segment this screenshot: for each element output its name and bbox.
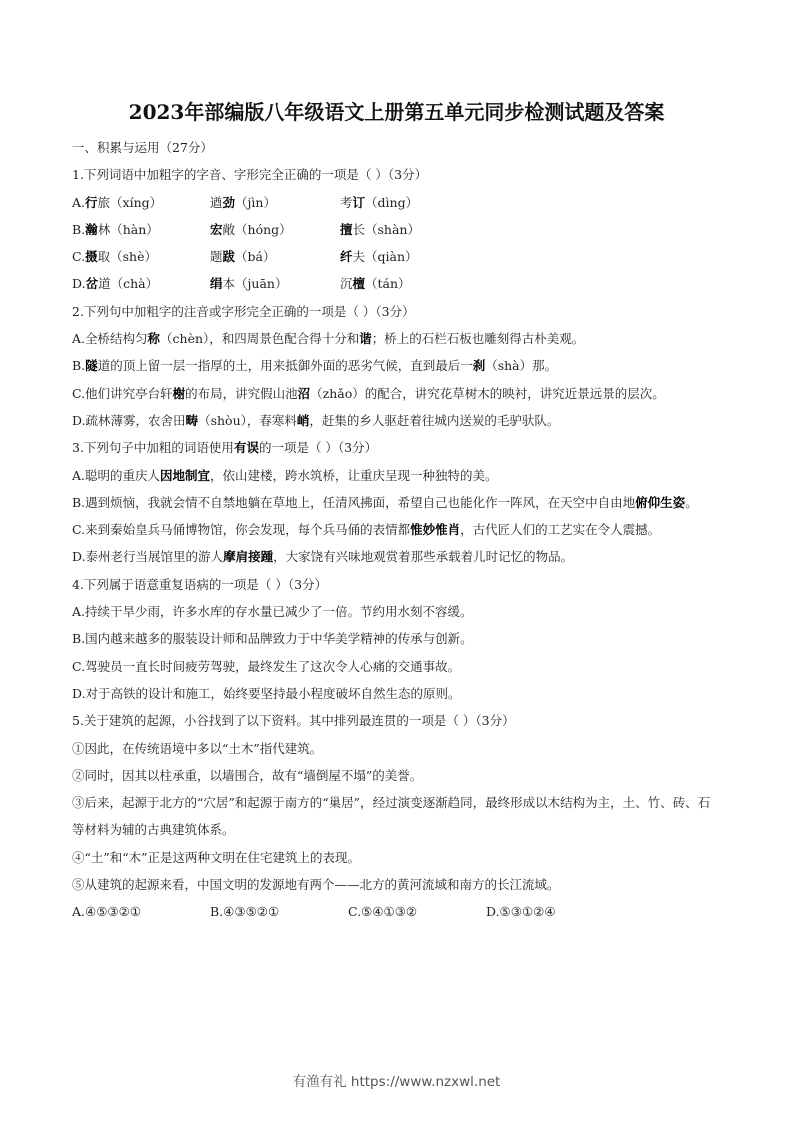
option-text: （shà）那。 — [485, 358, 557, 373]
q5-sentence-4: ④“土”和“木”正是这两种文明在住宅建筑上的表现。 — [72, 844, 722, 871]
option-text: ，赶集的乡人驱赶着往城内送炭的毛驴驮队。 — [309, 413, 559, 428]
option-text: 沉 — [340, 276, 353, 291]
q5-options: A.④⑤③②① B.④③⑤②① C.⑤④①③② D.⑤③①②④ — [72, 898, 722, 925]
q4-option-b: B.国内越来越多的服装设计师和品牌致力于中华美学精神的传承与创新。 — [72, 625, 722, 652]
bold-char: 谐 — [359, 331, 372, 346]
bold-char: 摄 — [85, 249, 98, 264]
q4-option-a: A.持续干旱少雨，许多水库的存水量已减少了一倍。节约用水刻不容缓。 — [72, 598, 722, 625]
q2-option-a: A.全桥结构匀称（chèn），和四周景色配合得十分和谐；桥上的石栏石板也雕刻得古… — [72, 325, 722, 352]
bold-char: 榭 — [173, 386, 186, 401]
bold-char: 隧 — [85, 358, 98, 373]
option-text: ，大家饶有兴味地观赏着那些承载着儿时记忆的物品。 — [273, 549, 573, 564]
option-text: 遒 — [210, 195, 223, 210]
document-body: 一、积累与运用（27分） 1.下列词语中加粗字的字音、字形完全正确的一项是（ ）… — [72, 134, 722, 926]
bold-char: 岔 — [86, 276, 99, 291]
option-text: B.遇到烦恼，我就会情不自禁地躺在草地上，任清风拂面，希望自己也能化作一阵风，在… — [72, 495, 635, 510]
q4-option-d: D.对于高铁的设计和施工，始终要坚持最小程度破坏自然生态的原则。 — [72, 680, 722, 707]
option-text: 。 — [685, 495, 698, 510]
q1-option-b: B.瀚林（hàn） 宏敞（hóng） 擅长（shàn） — [72, 216, 722, 243]
bold-word: 惟妙惟肖 — [410, 522, 460, 537]
section-heading: 一、积累与运用（27分） — [72, 134, 722, 161]
bold-char: 刹 — [473, 358, 486, 373]
bold-char: 纤 — [340, 249, 353, 264]
option-text: （dìng） — [365, 195, 418, 210]
q5-sentence-1: ①因此，在传统语境中多以“土木”指代建筑。 — [72, 735, 722, 762]
q5-sentence-2: ②同时，因其以柱承重，以墙围合，故有“墙倒屋不塌”的美誉。 — [72, 762, 722, 789]
bold-char: 行 — [85, 195, 98, 210]
option-label: B. — [72, 222, 85, 237]
option-text: 旅（xíng） — [98, 195, 163, 210]
bold-word: 有误 — [234, 440, 259, 455]
option-text: （shòu），春寒料 — [198, 413, 297, 428]
question-4-stem: 4.下列属于语意重复语病的一项是（ ）（3分） — [72, 571, 722, 598]
bold-char: 劲 — [223, 195, 236, 210]
bold-word: 俯仰生姿 — [635, 495, 685, 510]
bold-char: 宏 — [210, 222, 223, 237]
bold-word: 因地制宜 — [160, 468, 210, 483]
option-text: 取（shè） — [98, 249, 157, 264]
q5-option-a: A.④⑤③②① — [72, 898, 210, 925]
option-text: ，依山建楼，跨水筑桥，让重庆呈现一种独特的美。 — [210, 468, 498, 483]
option-text: 夫（qiàn） — [353, 249, 418, 264]
option-text: 的布局，讲究假山池 — [185, 386, 298, 401]
question-2-stem: 2.下列句中加粗字的注音或字形完全正确的一项是（ ）（3分） — [72, 298, 722, 325]
q3-option-a: A.聪明的重庆人因地制宜，依山建楼，跨水筑桥，让重庆呈现一种独特的美。 — [72, 462, 722, 489]
stem-text: 3.下列句子中加粗的词语使用 — [72, 440, 234, 455]
option-text: 题 — [210, 249, 223, 264]
option-text: 道（chà） — [98, 276, 158, 291]
q5-sentence-3: ③后来，起源于北方的“穴居”和起源于南方的“巢居”，经过演变逐渐趋同，最终形成以… — [72, 789, 722, 844]
option-text: C.他们讲究亭台轩 — [72, 386, 173, 401]
q5-sentence-5: ⑤从建筑的起源来看，中国文明的发源地有两个——北方的黄河流域和南方的长江流域。 — [72, 871, 722, 898]
bold-char: 订 — [353, 195, 366, 210]
option-text: （bá） — [235, 249, 275, 264]
option-text: C.来到秦始皇兵马俑博物馆，你会发现，每个兵马俑的表情都 — [72, 522, 410, 537]
option-text: 敞（hóng） — [223, 222, 292, 237]
bold-char: 瀚 — [85, 222, 98, 237]
option-label: C. — [72, 249, 85, 264]
page-title: 2023年部编版八年级语文上册第五单元同步检测试题及答案 — [0, 96, 793, 125]
stem-text: 的一项是（ ）（3分） — [259, 440, 377, 455]
option-text: （chèn），和四周景色配合得十分和 — [160, 331, 359, 346]
option-text: ；桥上的石栏石板也雕刻得古朴美观。 — [372, 331, 585, 346]
option-text: B. — [72, 358, 85, 373]
option-label: A. — [72, 195, 85, 210]
option-text: （jìn） — [235, 195, 276, 210]
bold-char: 沼 — [298, 386, 311, 401]
bold-char: 擅 — [340, 222, 353, 237]
q5-option-c: C.⑤④①③② — [348, 898, 486, 925]
q1-option-d: D.岔道（chà） 绢本（juān） 沉檀（tán） — [72, 270, 722, 297]
q1-option-a: A.行旅（xíng） 遒劲（jìn） 考订（dìng） — [72, 189, 722, 216]
option-text: 考 — [340, 195, 353, 210]
option-text: D.泰州老行当展馆里的游人 — [72, 549, 223, 564]
bold-char: 绢 — [210, 276, 223, 291]
q2-option-d: D.疏林薄雾，农舍田畴（shòu），春寒料峭，赶集的乡人驱赶着往城内送炭的毛驴驮… — [72, 407, 722, 434]
q2-option-b: B.隧道的顶上留一层一指厚的土，用来抵御外面的恶劣气候，直到最后一刹（shà）那… — [72, 352, 722, 379]
q4-option-c: C.驾驶员一直长时间疲劳驾驶，最终发生了这次令人心痛的交通事故。 — [72, 653, 722, 680]
question-3-stem: 3.下列句子中加粗的词语使用有误的一项是（ ）（3分） — [72, 434, 722, 461]
q5-option-b: B.④③⑤②① — [210, 898, 348, 925]
bold-char: 峭 — [297, 413, 310, 428]
option-text: 道的顶上留一层一指厚的土，用来抵御外面的恶劣气候，直到最后一 — [98, 358, 473, 373]
q3-option-c: C.来到秦始皇兵马俑博物馆，你会发现，每个兵马俑的表情都惟妙惟肖，古代匠人们的工… — [72, 516, 722, 543]
q2-option-c: C.他们讲究亭台轩榭的布局，讲究假山池沼（zhǎo）的配合，讲究花草树木的映衬，… — [72, 380, 722, 407]
bold-char: 跋 — [223, 249, 236, 264]
option-text: （tán） — [365, 276, 411, 291]
option-text: ，古代匠人们的工艺实在令人震撼。 — [460, 522, 660, 537]
option-text: A.聪明的重庆人 — [72, 468, 160, 483]
bold-char: 称 — [148, 331, 161, 346]
q5-option-d: D.⑤③①②④ — [486, 898, 624, 925]
option-text: （zhǎo）的配合，讲究花草树木的映衬，讲究近景远景的层次。 — [310, 386, 665, 401]
footer-watermark: 有渔有礼 https://www.nzxwl.net — [0, 1070, 793, 1090]
question-5-stem: 5.关于建筑的起源，小谷找到了以下资料。其中排列最连贯的一项是（ ）（3分） — [72, 707, 722, 734]
option-text: 本（juān） — [223, 276, 288, 291]
option-label: D. — [72, 276, 86, 291]
option-text: 林（hàn） — [98, 222, 159, 237]
bold-word: 摩肩接踵 — [223, 549, 273, 564]
q1-option-c: C.摄取（shè） 题跋（bá） 纤夫（qiàn） — [72, 243, 722, 270]
question-1-stem: 1.下列词语中加粗字的字音、字形完全正确的一项是（ ）（3分） — [72, 161, 722, 188]
q3-option-d: D.泰州老行当展馆里的游人摩肩接踵，大家饶有兴味地观赏着那些承载着儿时记忆的物品… — [72, 543, 722, 570]
option-text: A.全桥结构匀 — [72, 331, 148, 346]
bold-char: 檀 — [353, 276, 366, 291]
option-text: D.疏林薄雾，农舍田 — [72, 413, 186, 428]
q3-option-b: B.遇到烦恼，我就会情不自禁地躺在草地上，任清风拂面，希望自己也能化作一阵风，在… — [72, 489, 722, 516]
bold-char: 畴 — [186, 413, 199, 428]
option-text: 长（shàn） — [353, 222, 420, 237]
